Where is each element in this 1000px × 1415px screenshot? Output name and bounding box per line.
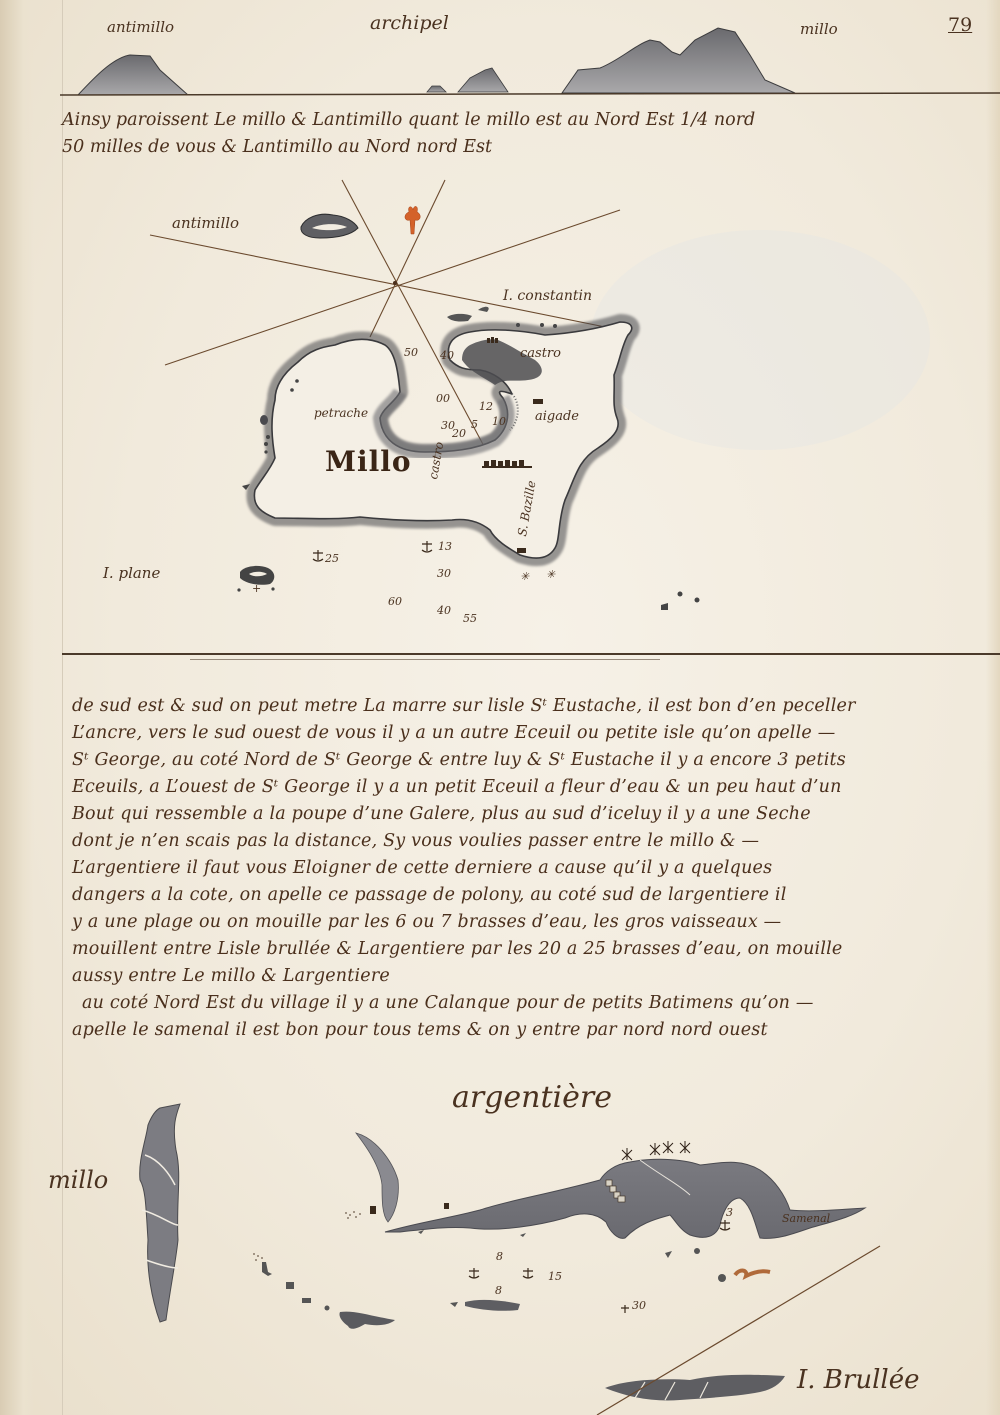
svg-text:✳: ✳	[546, 568, 556, 581]
section-divider-secondary	[190, 659, 660, 660]
svg-text:+: +	[252, 582, 261, 595]
svg-text:8: 8	[496, 1250, 503, 1263]
millo-island-chart: + ✳ ✳ 50 40 00 12 30 20 5 10 25 13 30 60…	[0, 0, 1000, 660]
text-line: mouillent entre Lisle brullée & Largenti…	[72, 939, 843, 959]
text-line: L’argentiere il faut vous Eloigner de ce…	[72, 858, 772, 878]
svg-text:15: 15	[548, 1270, 562, 1283]
text-line: au coté Nord Est du village il y a une C…	[82, 993, 814, 1013]
island-title-argentiere: argentière	[452, 1080, 612, 1115]
text-line: Eceuils, a L’ouest de Sᵗ George il y a u…	[72, 777, 842, 797]
chapel-icon	[370, 1206, 376, 1214]
text-line: dont je n’en scais pas la distance, Sy v…	[72, 831, 759, 851]
svg-text:5: 5	[471, 418, 478, 431]
label-aigade: aigade	[535, 409, 579, 424]
compass-marker-icon	[735, 1271, 770, 1276]
manuscript-page: antimillo archipel millo 79 Ainsy parois…	[0, 0, 1000, 1415]
svg-text:00: 00	[436, 392, 450, 405]
label-i-plane: I. plane	[103, 564, 160, 582]
depth-soundings-argentiere: 3 8 15 8 30	[495, 1206, 733, 1312]
text-line: apelle le samenal il est bon pour tous t…	[72, 1020, 768, 1040]
svg-text:25: 25	[324, 552, 339, 565]
svg-text:12: 12	[479, 400, 493, 413]
svg-text:30: 30	[632, 1299, 646, 1312]
section-divider	[62, 653, 1000, 655]
text-line: y a une plage ou on mouille par les 6 ou…	[72, 912, 781, 932]
aigade-house-icon	[533, 399, 543, 404]
text-line: Sᵗ George, au coté Nord de Sᵗ George & e…	[72, 750, 846, 770]
anchor-icons	[469, 1220, 730, 1313]
svg-text:10: 10	[492, 415, 506, 428]
svg-text:40: 40	[436, 604, 451, 617]
island-title-millo: Millo	[325, 445, 412, 478]
svg-text:60: 60	[388, 595, 402, 608]
svg-text:✳: ✳	[520, 570, 530, 583]
svg-text:3: 3	[726, 1206, 733, 1219]
chapel-icon	[517, 548, 526, 553]
label-millo-coast: millo	[48, 1166, 108, 1194]
label-antimillo: antimillo	[172, 214, 239, 232]
svg-text:30: 30	[437, 567, 451, 580]
label-samenal: Samenal	[782, 1212, 830, 1225]
svg-text:50: 50	[404, 346, 418, 359]
text-line: aussy entre Le millo & Largentiere	[72, 966, 390, 986]
windmill-icons	[622, 1141, 690, 1160]
label-i-brullee: I. Brullée	[797, 1365, 919, 1395]
svg-text:13: 13	[438, 540, 452, 553]
label-petrache: petrache	[314, 406, 368, 420]
svg-text:20: 20	[451, 427, 466, 440]
label-castro: castro	[520, 346, 561, 361]
svg-text:55: 55	[463, 612, 477, 625]
svg-text:8: 8	[495, 1284, 502, 1297]
svg-text:40: 40	[439, 349, 454, 362]
fleur-de-lis-north-icon	[405, 206, 420, 234]
text-line: dangers a la cote, on apelle ce passage …	[72, 885, 787, 905]
text-line: L’ancre, vers le sud ouest de vous il y …	[72, 723, 835, 743]
text-line: Bout qui ressemble a la poupe d’une Gale…	[72, 804, 811, 824]
argentiere-town-icon	[606, 1180, 625, 1202]
label-i-constantin: I. constantin	[503, 288, 592, 304]
text-line: de sud est & sud on peut metre La marre …	[72, 696, 856, 716]
